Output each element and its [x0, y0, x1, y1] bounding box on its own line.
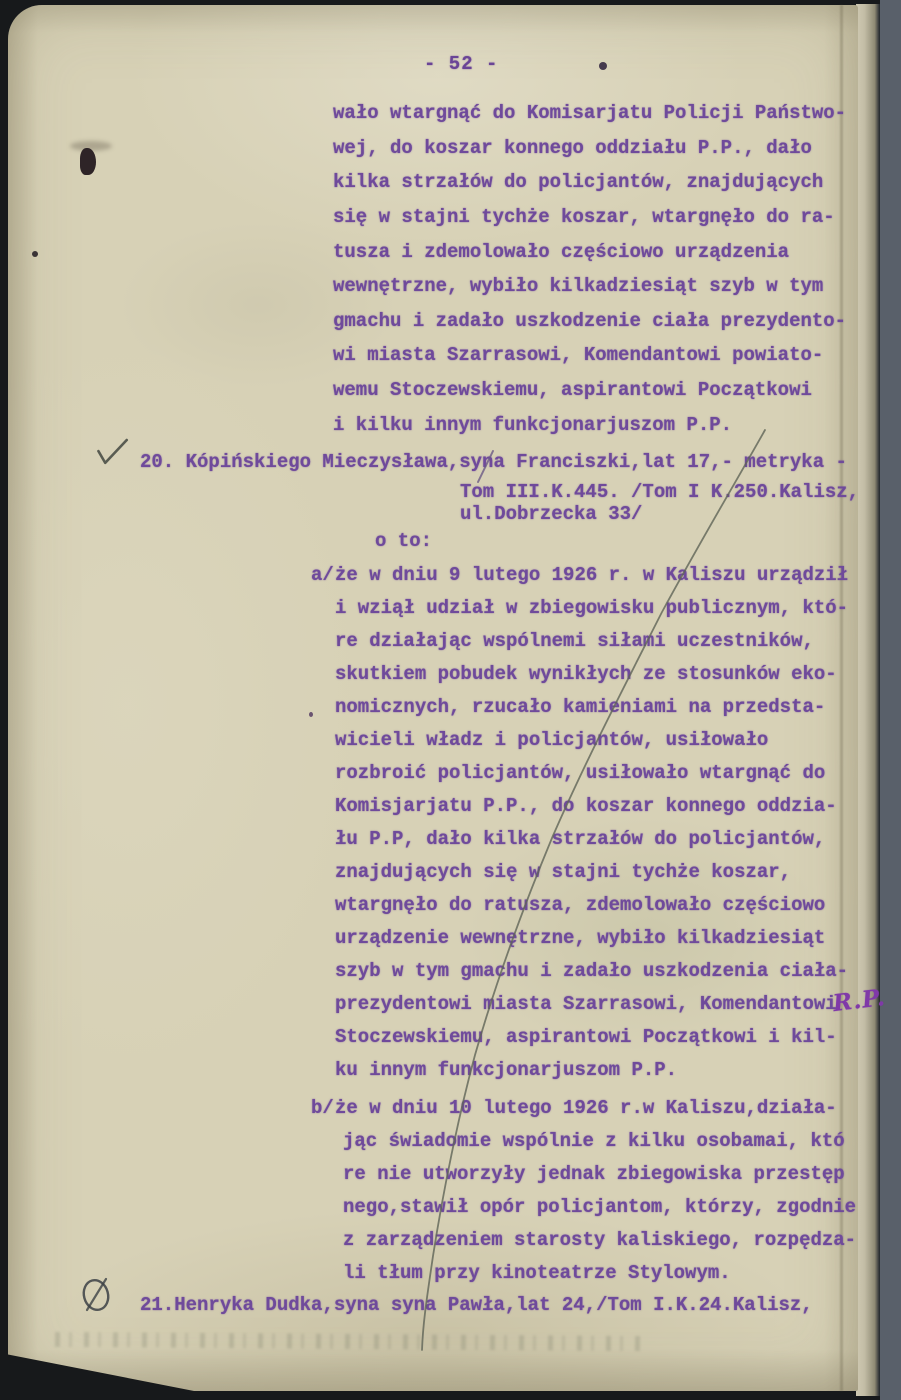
typed-line: łu P.P, dało kilka strzałów do policjant…: [335, 826, 825, 852]
typed-line: ku innym funkcjonarjuszom P.P.: [335, 1057, 677, 1083]
typed-line: i wziął udział w zbiegowisku publicznym,…: [335, 595, 848, 621]
typed-line: Stoczewskiemu, aspirantowi Początkowi i …: [335, 1024, 837, 1050]
page-number: - 52 -: [424, 51, 498, 77]
typed-line: szyb w tym gmachu i zadało uszkodzenia c…: [335, 958, 848, 984]
ink-speck: [599, 62, 607, 70]
typed-line: rozbroić policjantów, usiłowało wtargnąć…: [335, 760, 825, 786]
typed-line: nomicznych, rzucało kamieniami na przeds…: [335, 694, 825, 720]
typed-line: znajdujących się w stajni tychże koszar,: [335, 859, 791, 885]
typed-line: kilka strzałów do policjantów, znajdując…: [333, 169, 823, 195]
typed-line: gmachu i zadało uszkodzenie ciała prezyd…: [333, 308, 846, 334]
typed-line: re nie utworzyły jednak zbiegowiska prze…: [343, 1161, 845, 1187]
typed-line: wej, do koszar konnego oddziału P.P., da…: [333, 135, 812, 161]
typed-line: że w dniu 9 lutego 1926 r. w Kaliszu urz…: [335, 562, 848, 588]
typed-line: wewnętrzne, wybiło kilkadziesiąt szyb w …: [333, 273, 823, 299]
typed-line: jąc świadomie wspólnie z kilku osobamai,…: [343, 1128, 845, 1154]
typed-line: wtargnęło do ratusza, zdemolowało części…: [335, 892, 825, 918]
typed-line: tusza i zdemolowało częściowo urządzenia: [333, 239, 789, 265]
list-marker-b: b/: [311, 1095, 334, 1121]
typed-line: i kilku innym funkcjonarjuszom P.P.: [333, 412, 732, 438]
typed-line: Komisjarjatu P.P., do koszar konnego odd…: [335, 793, 837, 819]
typed-line: skutkiem pobudek wynikłych ze stosunków …: [335, 661, 837, 687]
list-marker-a: a/: [311, 562, 334, 588]
typed-line: wi miasta Szarrasowi, Komendantowi powia…: [333, 342, 823, 368]
typed-line: z zarządzeniem starosty kaliskiego, rozp…: [343, 1227, 856, 1253]
ink-speck: [32, 251, 38, 257]
typed-line: wicieli władz i policjantów, usiłowało: [335, 727, 768, 753]
address-reference: ul.Dobrzecka 33/: [460, 501, 642, 527]
underlying-page-edge: [856, 4, 880, 1396]
typed-line: się w stajni tychże koszar, wtargnęło do…: [333, 204, 835, 230]
item-21-heading: 21.Henryka Dudka,syna syna Pawła,lat 24,…: [140, 1292, 813, 1318]
typed-line: nego,stawił opór policjantom, którzy, zg…: [343, 1194, 856, 1220]
typed-line: że w dniu 10 lutego 1926 r.w Kaliszu,dzi…: [335, 1095, 837, 1121]
charge-intro: o to:: [375, 528, 432, 554]
scanned-document-page: { "scan": { "page_number": "- 52 -", "co…: [0, 0, 901, 1400]
typed-line: wało wtargnąć do Komisarjatu Policji Pań…: [333, 100, 846, 126]
ink-speck: [309, 712, 313, 717]
typed-line: prezydentowi miasta Szarrasowi, Komendan…: [335, 991, 837, 1017]
typed-line: urządzenie wewnętrzne, wybiło kilkadzies…: [335, 925, 825, 951]
item-20-heading: 20. Kópińskiego Mieczysława,syna Francis…: [140, 449, 847, 475]
typed-line: wemu Stoczewskiemu, aspirantowi Początko…: [333, 377, 812, 403]
typed-line: li tłum przy kinoteatrze Stylowym.: [343, 1260, 731, 1286]
typed-line: re działając wspólnemi siłami uczestnikó…: [335, 628, 814, 654]
ink-blot: [80, 148, 96, 175]
scan-background: [880, 0, 901, 1400]
